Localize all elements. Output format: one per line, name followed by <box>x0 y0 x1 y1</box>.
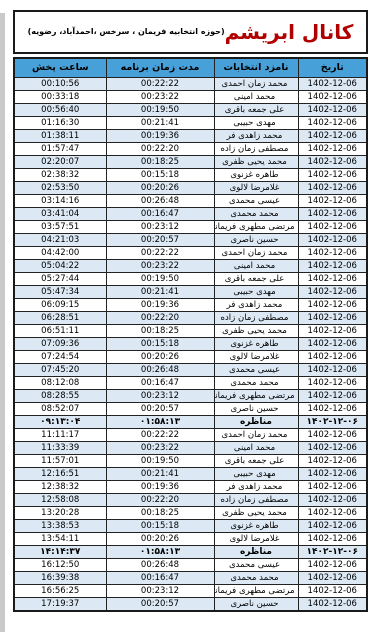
table-row: 1402-12-06 حسین ناصری 00:20:57 04:21:03 <box>14 233 367 246</box>
candidate-cell: محمد امینی <box>214 441 298 454</box>
date-cell: 1402-12-06 <box>298 233 367 246</box>
candidate-cell: علی جمعه باقری <box>214 103 298 116</box>
header-candidate: نامزد انتخابات <box>214 58 298 77</box>
air-time-cell: 13:38:53 <box>14 519 106 532</box>
date-cell: 1402-12-06 <box>298 571 367 584</box>
schedule-table: تاریخ نامزد انتخابات مدت زمان برنامه ساع… <box>13 57 368 612</box>
air-time-cell: 05:04:22 <box>14 259 106 272</box>
duration-cell: 00:18:25 <box>106 155 214 168</box>
candidate-cell: مهدی حبیبی <box>214 467 298 480</box>
air-time-cell: 07:09:36 <box>14 337 106 350</box>
date-cell: 1402-12-06 <box>298 103 367 116</box>
table-row: 1402-12-06 طاهره غزنوی 00:15:18 02:38:32 <box>14 168 367 181</box>
air-time-cell: 13:20:28 <box>14 506 106 519</box>
air-time-cell: 16:39:38 <box>14 571 106 584</box>
candidate-cell: محمد امینی <box>214 259 298 272</box>
air-time-cell: 08:12:08 <box>14 376 106 389</box>
candidate-cell: حسین ناصری <box>214 597 298 611</box>
air-time-cell: 05:47:34 <box>14 285 106 298</box>
table-row: 1402-12-06 طاهره غزنوی 00:15:18 13:38:53 <box>14 519 367 532</box>
duration-cell: 00:20:57 <box>106 233 214 246</box>
date-cell: 1402-12-06 <box>298 220 367 233</box>
table-row: 1402-12-06 مصطفی زمان زاده 00:22:20 01:5… <box>14 142 367 155</box>
air-time-cell: 04:21:03 <box>14 233 106 246</box>
candidate-cell: علی جمعه باقری <box>214 272 298 285</box>
air-time-cell: 02:53:50 <box>14 181 106 194</box>
candidate-cell: محمد زمان احمدی <box>214 428 298 441</box>
duration-cell: 00:21:41 <box>106 116 214 129</box>
duration-cell: 00:20:57 <box>106 402 214 415</box>
date-cell: 1402-12-06 <box>298 493 367 506</box>
table-row: 1402-12-06 محمد محمدی 00:16:47 08:12:08 <box>14 376 367 389</box>
date-cell: 1402-12-06 <box>298 181 367 194</box>
candidate-cell: حسین ناصری <box>214 233 298 246</box>
duration-cell: 00:21:41 <box>106 467 214 480</box>
date-cell: 1402-12-06 <box>298 207 367 220</box>
duration-cell: 00:19:50 <box>106 103 214 116</box>
table-row: 1402-12-06 عیسی محمدی 00:26:48 07:45:20 <box>14 363 367 376</box>
air-time-cell: 04:42:00 <box>14 246 106 259</box>
candidate-cell: محمد زمان احمدی <box>214 246 298 259</box>
date-cell: 1402-12-06 <box>298 259 367 272</box>
table-row: 1402-12-06 مصطفی زمان زاده 00:22:20 12:5… <box>14 493 367 506</box>
date-cell: 1402-12-06 <box>298 272 367 285</box>
duration-cell: ۰۱:۵۸:۱۳ <box>106 415 214 428</box>
candidate-cell: مصطفی زمان زاده <box>214 142 298 155</box>
date-cell: 1402-12-06 <box>298 155 367 168</box>
candidate-cell: غلامرضا لالوی <box>214 532 298 545</box>
candidate-cell: مهدی حبیبی <box>214 116 298 129</box>
table-row: 1402-12-06 علی جمعه باقری 00:19:50 11:57… <box>14 454 367 467</box>
candidate-cell: عیسی محمدی <box>214 363 298 376</box>
candidate-cell: عیسی محمدی <box>214 194 298 207</box>
duration-cell: 00:16:47 <box>106 376 214 389</box>
candidate-cell: مرتضی مطهری فریمانی <box>214 584 298 597</box>
duration-cell: 00:23:22 <box>106 441 214 454</box>
candidate-cell: محمد یحیی ظفری <box>214 506 298 519</box>
table-row: 1402-12-06 محمد محمدی 00:16:47 16:39:38 <box>14 571 367 584</box>
table-row: 1402-12-06 مهدی حبیبی 00:21:41 05:47:34 <box>14 285 367 298</box>
date-cell: 1402-12-06 <box>298 441 367 454</box>
duration-cell: 00:22:20 <box>106 311 214 324</box>
table-row: 1402-12-06 محمد زاهدی فر 00:19:36 12:38:… <box>14 480 367 493</box>
duration-cell: 00:20:26 <box>106 350 214 363</box>
candidate-cell: علی جمعه باقری <box>214 454 298 467</box>
air-time-cell: 06:09:15 <box>14 298 106 311</box>
date-cell: 1402-12-06 <box>298 506 367 519</box>
candidate-cell: مهدی حبیبی <box>214 285 298 298</box>
duration-cell: 00:18:25 <box>106 506 214 519</box>
air-time-cell: 07:24:54 <box>14 350 106 363</box>
duration-cell: 00:23:22 <box>106 259 214 272</box>
air-time-cell: 00:56:40 <box>14 103 106 116</box>
table-row: 1402-12-06 مصطفی زمان زاده 00:22:20 06:2… <box>14 311 367 324</box>
header-row: تاریخ نامزد انتخابات مدت زمان برنامه ساع… <box>14 58 367 77</box>
date-cell: 1402-12-06 <box>298 532 367 545</box>
duration-cell: 00:15:18 <box>106 168 214 181</box>
duration-cell: 00:26:48 <box>106 363 214 376</box>
air-time-cell: 00:33:18 <box>14 90 106 103</box>
duration-cell: 00:16:47 <box>106 207 214 220</box>
duration-cell: 00:22:20 <box>106 142 214 155</box>
table-row: 1402-12-06 محمد زاهدی فر 00:19:36 01:38:… <box>14 129 367 142</box>
table-row: 1402-12-06 محمد امینی 00:23:22 11:33:39 <box>14 441 367 454</box>
page-edge-shadow <box>0 13 5 632</box>
date-cell: 1402-12-06 <box>298 90 367 103</box>
table-row: 1402-12-06 حسین ناصری 00:20:57 08:52:07 <box>14 402 367 415</box>
date-cell: 1402-12-06 <box>298 246 367 259</box>
candidate-cell: محمد محمدی <box>214 207 298 220</box>
air-time-cell: 03:41:04 <box>14 207 106 220</box>
date-cell: 1402-12-06 <box>298 142 367 155</box>
air-time-cell: 01:38:11 <box>14 129 106 142</box>
table-row: 1402-12-06 علی جمعه باقری 00:19:50 00:56… <box>14 103 367 116</box>
candidate-cell: غلامرضا لالوی <box>214 181 298 194</box>
candidate-cell: غلامرضا لالوی <box>214 350 298 363</box>
candidate-cell: محمد محمدی <box>214 376 298 389</box>
duration-cell: 00:19:50 <box>106 454 214 467</box>
duration-cell: 00:20:26 <box>106 181 214 194</box>
table-row: 1402-12-06 عیسی محمدی 00:26:48 16:12:50 <box>14 558 367 571</box>
candidate-cell: مرتضی مطهری فریمانی <box>214 389 298 402</box>
table-row: 1402-12-06 علی جمعه باقری 00:19:50 05:27… <box>14 272 367 285</box>
candidate-cell: مصطفی زمان زاده <box>214 493 298 506</box>
candidate-cell: محمد زمان احمدی <box>214 77 298 90</box>
air-time-cell: 11:57:01 <box>14 454 106 467</box>
candidate-cell: مناظره <box>214 415 298 428</box>
candidate-cell: طاهره غزنوی <box>214 337 298 350</box>
date-cell: 1402-12-06 <box>298 363 367 376</box>
air-time-cell: 07:45:20 <box>14 363 106 376</box>
date-cell: 1402-12-06 <box>298 298 367 311</box>
duration-cell: 00:19:36 <box>106 480 214 493</box>
table-row: 1402-12-06 حسین ناصری 00:20:57 17:19:37 <box>14 597 367 611</box>
candidate-cell: محمد زاهدی فر <box>214 298 298 311</box>
table-row: 1402-12-06 محمد یحیی ظفری 00:18:25 13:20… <box>14 506 367 519</box>
duration-cell: 00:22:20 <box>106 493 214 506</box>
duration-cell: 00:26:48 <box>106 194 214 207</box>
candidate-cell: محمد امینی <box>214 90 298 103</box>
duration-cell: 00:18:25 <box>106 324 214 337</box>
date-cell: 1402-12-06 <box>298 285 367 298</box>
duration-cell: 00:16:47 <box>106 571 214 584</box>
table-row: 1402-12-06 محمد امینی 00:23:22 00:33:18 <box>14 90 367 103</box>
table-row: 1402-12-06 مهدی حبیبی 00:21:41 12:16:51 <box>14 467 367 480</box>
table-row: 1402-12-06 محمد زمان احمدی 00:22:22 00:1… <box>14 77 367 90</box>
duration-cell: 00:15:18 <box>106 337 214 350</box>
duration-cell: 00:22:22 <box>106 77 214 90</box>
date-cell: 1402-12-06 <box>298 311 367 324</box>
duration-cell: 00:19:50 <box>106 272 214 285</box>
date-cell: 1402-12-06 <box>298 454 367 467</box>
schedule-rows: 1402-12-06 محمد زمان احمدی 00:22:22 00:1… <box>14 77 367 611</box>
header-date: تاریخ <box>298 58 367 77</box>
air-time-cell: 02:20:07 <box>14 155 106 168</box>
air-time-cell: 12:58:08 <box>14 493 106 506</box>
table-row: 1402-12-06 مرتضی مطهری فریمانی 00:23:12 … <box>14 584 367 597</box>
air-time-cell: 16:12:50 <box>14 558 106 571</box>
air-time-cell: 08:52:07 <box>14 402 106 415</box>
duration-cell: 00:22:22 <box>106 428 214 441</box>
date-cell: 1402-12-06 <box>298 168 367 181</box>
candidate-cell: طاهره غزنوی <box>214 519 298 532</box>
table-row: 1402-12-06 محمد امینی 00:23:22 05:04:22 <box>14 259 367 272</box>
table-row: 1402-12-06 محمد یحیی ظفری 00:18:25 02:20… <box>14 155 367 168</box>
duration-cell: 00:23:12 <box>106 220 214 233</box>
table-row: 1402-12-06 غلامرضا لالوی 00:20:26 02:53:… <box>14 181 367 194</box>
header-air-time: ساعت پخش <box>14 58 106 77</box>
date-cell: 1402-12-06 <box>298 467 367 480</box>
air-time-cell: 12:16:51 <box>14 467 106 480</box>
air-time-cell: 01:57:47 <box>14 142 106 155</box>
channel-title-box: کانال ابریشم(حوزه انتخابیه فریمان ، سرخس… <box>13 10 368 54</box>
channel-name: کانال ابریشم <box>225 22 354 42</box>
duration-cell: 00:19:36 <box>106 298 214 311</box>
air-time-cell: 11:11:17 <box>14 428 106 441</box>
air-time-cell: 00:10:56 <box>14 77 106 90</box>
table-row: 1402-12-06 محمد محمدی 00:16:47 03:41:04 <box>14 207 367 220</box>
candidate-cell: محمد یحیی ظفری <box>214 155 298 168</box>
table-row: 1402-12-06 محمد زمان احمدی 00:22:22 04:4… <box>14 246 367 259</box>
date-cell: 1402-12-06 <box>298 584 367 597</box>
air-time-cell: 08:28:55 <box>14 389 106 402</box>
air-time-cell: ۰۹:۱۳:۰۴ <box>14 415 106 428</box>
air-time-cell: 02:38:32 <box>14 168 106 181</box>
duration-cell: 00:19:36 <box>106 129 214 142</box>
candidate-cell: عیسی محمدی <box>214 558 298 571</box>
date-cell: 1402-12-06 <box>298 597 367 611</box>
table-row: 1402-12-06 غلامرضا لالوی 00:20:26 07:24:… <box>14 350 367 363</box>
date-cell: 1402-12-06 <box>298 116 367 129</box>
table-row: 1402-12-06 محمد زمان احمدی 00:22:22 11:1… <box>14 428 367 441</box>
date-cell: 1402-12-06 <box>298 129 367 142</box>
date-cell: ۱۴۰۲-۱۲-۰۶ <box>298 415 367 428</box>
duration-cell: 00:20:26 <box>106 532 214 545</box>
candidate-cell: محمد محمدی <box>214 571 298 584</box>
date-cell: 1402-12-06 <box>298 194 367 207</box>
date-cell: 1402-12-06 <box>298 324 367 337</box>
duration-cell: 00:26:48 <box>106 558 214 571</box>
candidate-cell: مرتضی مطهری فریمانی <box>214 220 298 233</box>
duration-cell: 00:23:12 <box>106 389 214 402</box>
duration-cell: 00:15:18 <box>106 519 214 532</box>
candidate-cell: حسین ناصری <box>214 402 298 415</box>
air-time-cell: 12:38:32 <box>14 480 106 493</box>
date-cell: 1402-12-06 <box>298 428 367 441</box>
duration-cell: 00:20:57 <box>106 597 214 611</box>
candidate-cell: مصطفی زمان زاده <box>214 311 298 324</box>
table-row: 1402-12-06 مهدی حبیبی 00:21:41 01:16:30 <box>14 116 367 129</box>
date-cell: 1402-12-06 <box>298 77 367 90</box>
duration-cell: 00:22:22 <box>106 246 214 259</box>
candidate-cell: محمد زاهدی فر <box>214 480 298 493</box>
air-time-cell: 03:14:16 <box>14 194 106 207</box>
date-cell: 1402-12-06 <box>298 350 367 363</box>
air-time-cell: 06:28:51 <box>14 311 106 324</box>
date-cell: 1402-12-06 <box>298 337 367 350</box>
air-time-cell: 05:27:44 <box>14 272 106 285</box>
table-row: 1402-12-06 مرتضی مطهری فریمانی 00:23:12 … <box>14 220 367 233</box>
date-cell: ۱۴۰۲-۱۲-۰۶ <box>298 545 367 558</box>
table-row: 1402-12-06 محمد یحیی ظفری 00:18:25 06:51… <box>14 324 367 337</box>
table-row: 1402-12-06 غلامرضا لالوی 00:20:26 13:54:… <box>14 532 367 545</box>
date-cell: 1402-12-06 <box>298 558 367 571</box>
duration-cell: 00:21:41 <box>106 285 214 298</box>
air-time-cell: 01:16:30 <box>14 116 106 129</box>
air-time-cell: 03:57:51 <box>14 220 106 233</box>
air-time-cell: 11:33:39 <box>14 441 106 454</box>
candidate-cell: محمد یحیی ظفری <box>214 324 298 337</box>
candidate-cell: مناظره <box>214 545 298 558</box>
air-time-cell: ۱۴:۱۴:۳۷ <box>14 545 106 558</box>
date-cell: 1402-12-06 <box>298 402 367 415</box>
district-subtitle: (حوزه انتخابیه فریمان ، سرخس ،احمدآباد، … <box>28 28 225 36</box>
air-time-cell: 13:54:11 <box>14 532 106 545</box>
table-row: 1402-12-06 طاهره غزنوی 00:15:18 07:09:36 <box>14 337 367 350</box>
table-row: 1402-12-06 عیسی محمدی 00:26:48 03:14:16 <box>14 194 367 207</box>
air-time-cell: 16:56:25 <box>14 584 106 597</box>
table-row: ۱۴۰۲-۱۲-۰۶ مناظره ۰۱:۵۸:۱۳ ۰۹:۱۳:۰۴ <box>14 415 367 428</box>
air-time-cell: 06:51:11 <box>14 324 106 337</box>
date-cell: 1402-12-06 <box>298 480 367 493</box>
air-time-cell: 17:19:37 <box>14 597 106 611</box>
date-cell: 1402-12-06 <box>298 376 367 389</box>
candidate-cell: طاهره غزنوی <box>214 168 298 181</box>
table-row: ۱۴۰۲-۱۲-۰۶ مناظره ۰۱:۵۸:۱۳ ۱۴:۱۴:۳۷ <box>14 545 367 558</box>
header-duration: مدت زمان برنامه <box>106 58 214 77</box>
candidate-cell: محمد زاهدی فر <box>214 129 298 142</box>
date-cell: 1402-12-06 <box>298 519 367 532</box>
table-row: 1402-12-06 محمد زاهدی فر 00:19:36 06:09:… <box>14 298 367 311</box>
duration-cell: 00:23:12 <box>106 584 214 597</box>
date-cell: 1402-12-06 <box>298 389 367 402</box>
table-row: 1402-12-06 مرتضی مطهری فریمانی 00:23:12 … <box>14 389 367 402</box>
duration-cell: ۰۱:۵۸:۱۳ <box>106 545 214 558</box>
duration-cell: 00:23:22 <box>106 90 214 103</box>
